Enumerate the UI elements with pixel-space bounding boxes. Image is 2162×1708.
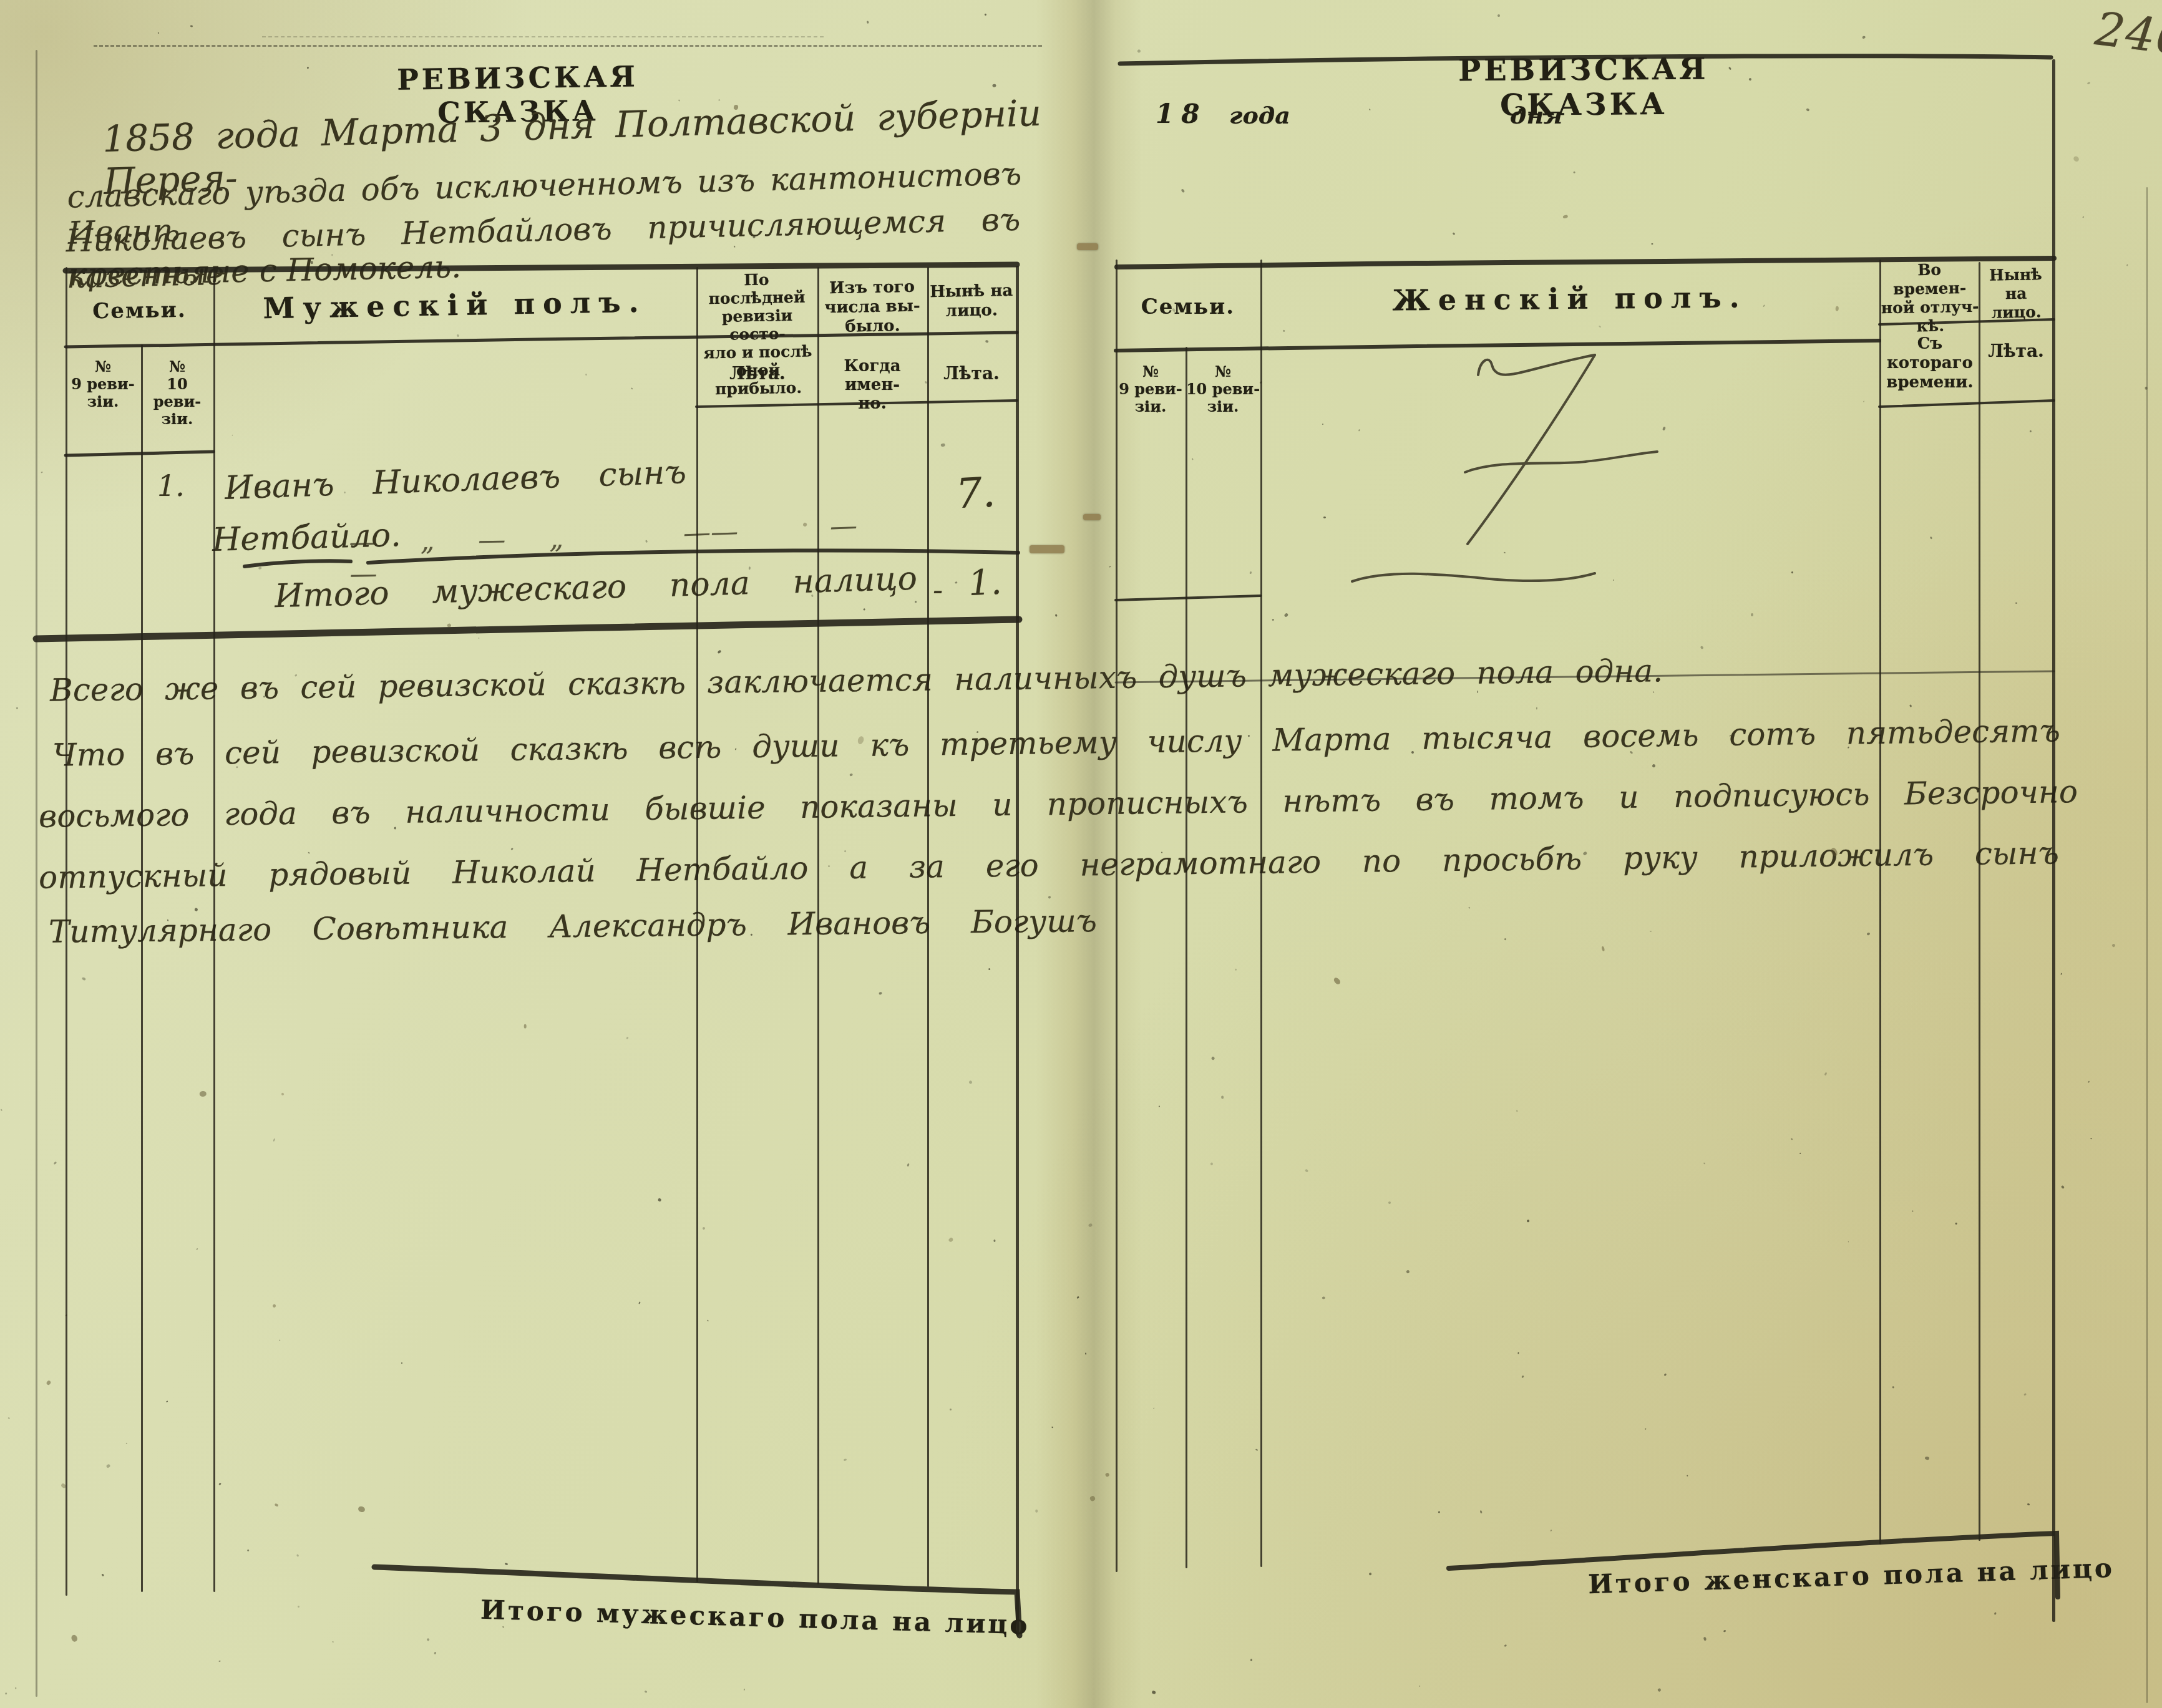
speckle bbox=[1159, 1105, 1160, 1107]
left-page-top-edge bbox=[94, 45, 1042, 47]
right-sub-rev9: № 9 реви- зіи. bbox=[1116, 363, 1186, 415]
speckle bbox=[1687, 1475, 1688, 1477]
speckle bbox=[630, 387, 633, 390]
speckle bbox=[231, 435, 233, 436]
right-year-word: года bbox=[1229, 101, 1290, 129]
speckle bbox=[2030, 430, 2032, 432]
speckle bbox=[1574, 171, 1576, 173]
speckle bbox=[219, 1661, 221, 1662]
speckle bbox=[2145, 387, 2148, 390]
left-sub-when: Когда имен- но. bbox=[820, 357, 925, 413]
speckle bbox=[626, 1037, 629, 1040]
revision-list-scan: РЕВИЗСКАЯ СКАЗКА 1858 года Марта 3 дня П… bbox=[0, 0, 2162, 1708]
speckle bbox=[218, 1482, 222, 1485]
speckle bbox=[907, 1163, 910, 1167]
speckle bbox=[1613, 580, 1614, 581]
speckle bbox=[863, 608, 865, 611]
right-table-border-left bbox=[1116, 260, 1118, 1572]
speckle bbox=[273, 1138, 275, 1142]
speckle bbox=[1547, 858, 1550, 861]
paragraph-line-5-signature: Титулярнаго Совѣтника Александръ Ивановъ… bbox=[49, 903, 1098, 950]
left-page-left-edge bbox=[36, 50, 37, 1697]
speckle bbox=[358, 1506, 366, 1513]
speckle bbox=[167, 920, 168, 921]
speckle bbox=[1824, 1072, 1827, 1075]
speckle bbox=[2087, 1081, 2089, 1084]
right-col-present: Нынѣ на лицо. bbox=[1979, 265, 2053, 323]
speckle bbox=[1657, 1688, 1662, 1692]
left-page-top-edge-2 bbox=[262, 36, 824, 37]
speckle bbox=[1282, 329, 1285, 332]
speckle bbox=[1664, 1373, 1667, 1376]
speckle bbox=[1210, 1162, 1214, 1166]
right-header-separator bbox=[1116, 341, 1879, 351]
speckle bbox=[1452, 232, 1455, 235]
speckle bbox=[247, 1549, 250, 1551]
speckle bbox=[307, 67, 309, 69]
speckle bbox=[1181, 189, 1185, 193]
speckle bbox=[968, 1080, 973, 1084]
entry-row-number: 1. bbox=[157, 469, 185, 503]
speckle bbox=[2087, 82, 2091, 85]
left-col-present: Нынѣ на лицо. bbox=[929, 281, 1013, 321]
speckle bbox=[272, 1304, 276, 1308]
speckle bbox=[658, 1198, 662, 1201]
speckle bbox=[646, 540, 648, 543]
left-col-line-name-lastrev bbox=[696, 267, 698, 1582]
speckle bbox=[426, 1638, 430, 1642]
speckle bbox=[2061, 1185, 2065, 1188]
right-day-word: дня bbox=[1510, 101, 1562, 129]
speckle bbox=[2024, 1394, 2027, 1396]
speckle bbox=[1438, 1511, 1440, 1513]
speckle bbox=[1497, 14, 1500, 17]
speckle bbox=[1867, 933, 1871, 936]
page-number: 246 bbox=[2092, 2, 2162, 66]
speckle bbox=[106, 1464, 111, 1469]
speckle bbox=[1562, 215, 1568, 219]
speckle bbox=[41, 472, 42, 473]
speckle bbox=[915, 601, 917, 603]
speckle bbox=[1153, 1408, 1154, 1409]
speckle bbox=[744, 1689, 746, 1691]
binding-stitch-3 bbox=[1083, 514, 1101, 520]
speckle bbox=[447, 623, 452, 628]
speckle bbox=[7, 1417, 10, 1419]
speckle bbox=[1994, 1612, 1997, 1615]
speckle bbox=[1192, 458, 1194, 460]
speckle bbox=[166, 1400, 168, 1402]
speckle bbox=[1035, 1510, 1038, 1513]
speckle bbox=[1703, 1637, 1707, 1641]
speckle bbox=[1955, 1222, 1957, 1225]
speckle bbox=[71, 1634, 78, 1642]
speckle bbox=[1653, 691, 1655, 693]
speckle bbox=[16, 707, 18, 709]
speckle bbox=[993, 1240, 996, 1242]
speckle bbox=[867, 21, 869, 23]
speckle bbox=[1406, 1269, 1410, 1274]
speckle bbox=[523, 1024, 527, 1029]
speckle bbox=[1284, 613, 1289, 617]
speckle bbox=[1925, 1457, 1930, 1460]
left-sub-rev9: № 9 реви- зіи. bbox=[66, 358, 140, 410]
binding-stitch-2 bbox=[1077, 243, 1098, 250]
speckle bbox=[1504, 938, 1506, 940]
speckle bbox=[2027, 1503, 2029, 1505]
speckle bbox=[1863, 400, 1864, 402]
entry-name-line-1: Иванъ Николаевъ сынъ bbox=[224, 454, 687, 507]
speckle bbox=[844, 1458, 847, 1461]
speckle bbox=[1305, 1169, 1309, 1173]
speckle bbox=[1599, 326, 1601, 328]
speckle bbox=[1469, 906, 1471, 908]
speckle bbox=[46, 1380, 51, 1385]
left-sub-rev10: № 10 реви- зіи. bbox=[142, 358, 212, 428]
speckle bbox=[985, 13, 987, 15]
speckle bbox=[15, 1687, 16, 1689]
speckle bbox=[941, 443, 945, 447]
speckle bbox=[191, 25, 193, 27]
speckle bbox=[1848, 1241, 1849, 1243]
male-total-value: 1. bbox=[967, 562, 1003, 604]
speckle bbox=[1929, 536, 1932, 540]
speckle bbox=[1255, 1448, 1257, 1451]
speckle bbox=[259, 566, 262, 569]
entry-dash-col4: — bbox=[829, 510, 858, 543]
speckle bbox=[196, 1248, 198, 1250]
speckle bbox=[1369, 1573, 1372, 1576]
speckle bbox=[1250, 571, 1252, 573]
speckle bbox=[1601, 946, 1605, 951]
speckle bbox=[1703, 1162, 1706, 1165]
speckle bbox=[955, 581, 958, 584]
speckle bbox=[1791, 571, 1794, 574]
speckle bbox=[1221, 1095, 1224, 1099]
speckle bbox=[1388, 1201, 1391, 1204]
male-total-dash: - bbox=[933, 573, 943, 608]
speckle bbox=[278, 1339, 280, 1341]
speckle bbox=[308, 852, 310, 853]
speckle bbox=[101, 1573, 104, 1576]
paragraph-line-1: Всего же въ сей ревизской сказкѣ заключа… bbox=[50, 653, 1663, 709]
speckle bbox=[638, 1301, 640, 1304]
right-sub-leta: Лѣта. bbox=[1980, 341, 2052, 361]
entry-dash-col3: —— bbox=[683, 515, 739, 549]
left-subheader-rule-family bbox=[66, 452, 213, 455]
speckle bbox=[707, 1320, 709, 1322]
speckle bbox=[1650, 930, 1652, 932]
speckle bbox=[281, 1092, 285, 1096]
right-col-absence: Во времен- ной отлуч- кѣ. bbox=[1880, 260, 1980, 337]
binding-stitch-1 bbox=[1030, 545, 1064, 553]
speckle bbox=[394, 827, 396, 830]
speckle bbox=[2082, 216, 2084, 218]
right-sub-rev10: № 10 реви- зіи. bbox=[1186, 363, 1260, 415]
left-sub-leta2: Лѣта. bbox=[930, 363, 1013, 384]
speckle bbox=[850, 773, 854, 776]
speckle bbox=[2111, 943, 2116, 948]
speckle bbox=[1322, 1296, 1325, 1299]
left-col-family: Семьи. bbox=[66, 297, 214, 324]
speckle bbox=[1152, 1691, 1156, 1695]
speckle bbox=[2060, 973, 2062, 975]
speckle bbox=[1700, 646, 1704, 650]
speckle bbox=[157, 32, 159, 34]
speckle bbox=[1504, 1644, 1507, 1647]
speckle bbox=[1550, 1529, 1552, 1531]
speckle bbox=[1862, 36, 1866, 39]
right-page-outer-edge bbox=[2146, 187, 2148, 1703]
speckle bbox=[1799, 1153, 1801, 1155]
speckle bbox=[296, 1554, 299, 1557]
speckle bbox=[456, 334, 459, 337]
speckle bbox=[645, 1691, 647, 1693]
speckle bbox=[502, 1626, 504, 1628]
speckle bbox=[802, 522, 807, 527]
speckle bbox=[2126, 264, 2128, 266]
speckle bbox=[126, 1443, 128, 1445]
speckle bbox=[1333, 977, 1342, 986]
speckle bbox=[1272, 618, 1274, 621]
speckle bbox=[1892, 1386, 1895, 1389]
speckle bbox=[298, 1606, 299, 1608]
speckle bbox=[1419, 1686, 1421, 1687]
speckle bbox=[1156, 410, 1158, 413]
speckle bbox=[1791, 1138, 1793, 1140]
right-table-border-right bbox=[2052, 59, 2055, 1622]
speckle bbox=[193, 908, 198, 911]
speckle bbox=[1662, 426, 1666, 430]
left-sub-leta: Лѣта. bbox=[699, 363, 816, 384]
left-col-line-departed-present bbox=[927, 267, 929, 1587]
speckle bbox=[1909, 704, 1912, 707]
right-col-line-family-name bbox=[1260, 260, 1262, 1567]
speckle bbox=[1651, 243, 1653, 245]
speckle bbox=[717, 650, 721, 654]
speckle bbox=[1235, 968, 1237, 971]
speckle bbox=[510, 848, 514, 851]
speckle bbox=[275, 1503, 279, 1507]
speckle bbox=[735, 681, 738, 685]
speckle bbox=[702, 1226, 706, 1230]
summary-underline-a bbox=[245, 561, 351, 566]
right-col-line-rev9-10 bbox=[1186, 347, 1187, 1568]
speckle bbox=[401, 1362, 403, 1364]
speckle bbox=[1368, 109, 1371, 111]
left-table-border-right bbox=[1016, 266, 1019, 1636]
speckle bbox=[1, 1109, 3, 1112]
speckle bbox=[505, 1563, 508, 1565]
speckle bbox=[1504, 551, 1506, 553]
speckle bbox=[992, 84, 996, 88]
speckle bbox=[1645, 1429, 1647, 1430]
left-footer-total-male: Итого мужескаго пола на лицо bbox=[480, 1594, 1030, 1641]
right-col-line-name-absence bbox=[1879, 260, 1881, 1545]
speckle bbox=[1526, 1220, 1529, 1222]
speckle bbox=[1516, 1110, 1517, 1112]
speckle bbox=[1723, 1629, 1726, 1632]
speckle bbox=[1652, 764, 1656, 768]
speckle bbox=[879, 992, 882, 996]
left-col-line-rev9-10 bbox=[141, 344, 143, 1592]
speckle bbox=[1750, 613, 1753, 616]
speckle bbox=[948, 1237, 953, 1243]
speckle bbox=[827, 865, 830, 867]
speckle bbox=[1517, 1352, 1519, 1354]
left-col-departed: Изъ того числа вы- было. bbox=[819, 278, 925, 337]
speckle bbox=[2015, 603, 2017, 604]
speckle bbox=[1211, 1056, 1215, 1060]
speckle bbox=[53, 1162, 57, 1165]
speckle bbox=[988, 968, 991, 971]
speckle bbox=[81, 977, 86, 981]
left-col-line-lastrev-departed bbox=[817, 267, 819, 1584]
right-sub-since: Съ котораго времени. bbox=[1881, 334, 1979, 392]
entry-age-value: 7. bbox=[955, 468, 996, 518]
speckle bbox=[1477, 691, 1479, 693]
right-year-prefix: 18 bbox=[1156, 99, 1207, 129]
right-page-title: РЕВИЗСКАЯ СКАЗКА bbox=[1409, 51, 1759, 124]
speckle bbox=[332, 1641, 334, 1643]
left-heavy-rule bbox=[36, 619, 1019, 639]
speckle bbox=[1912, 1210, 1913, 1212]
female-column-flourish bbox=[1352, 355, 1657, 581]
speckle bbox=[950, 1409, 952, 1410]
right-col-family: Семьи. bbox=[1116, 294, 1260, 319]
right-col-line-absence-present bbox=[1979, 262, 1980, 1541]
right-footer-total-female: Итого женскаго пола на лицо bbox=[1587, 1553, 2115, 1599]
speckle bbox=[1323, 517, 1326, 518]
speckle bbox=[1322, 424, 1323, 425]
speckle bbox=[477, 638, 479, 639]
speckle bbox=[985, 340, 988, 343]
left-table-border-left bbox=[66, 267, 67, 1596]
speckle bbox=[1806, 108, 1809, 112]
speckle bbox=[434, 1652, 437, 1654]
speckle bbox=[200, 1091, 207, 1097]
left-col-line-family-name bbox=[213, 267, 215, 1592]
right-col-female: Женскій полъ. bbox=[1260, 279, 1879, 319]
speckle bbox=[1250, 1659, 1252, 1661]
speckle bbox=[1479, 1510, 1483, 1514]
speckle bbox=[1536, 707, 1537, 710]
speckle bbox=[1522, 1375, 1525, 1378]
speckle bbox=[585, 374, 587, 376]
speckle bbox=[2072, 155, 2080, 163]
speckle bbox=[2090, 1138, 2092, 1140]
speckle bbox=[1359, 429, 1360, 431]
speckle bbox=[4, 1692, 7, 1694]
right-subheader-rule bbox=[1879, 400, 2054, 407]
